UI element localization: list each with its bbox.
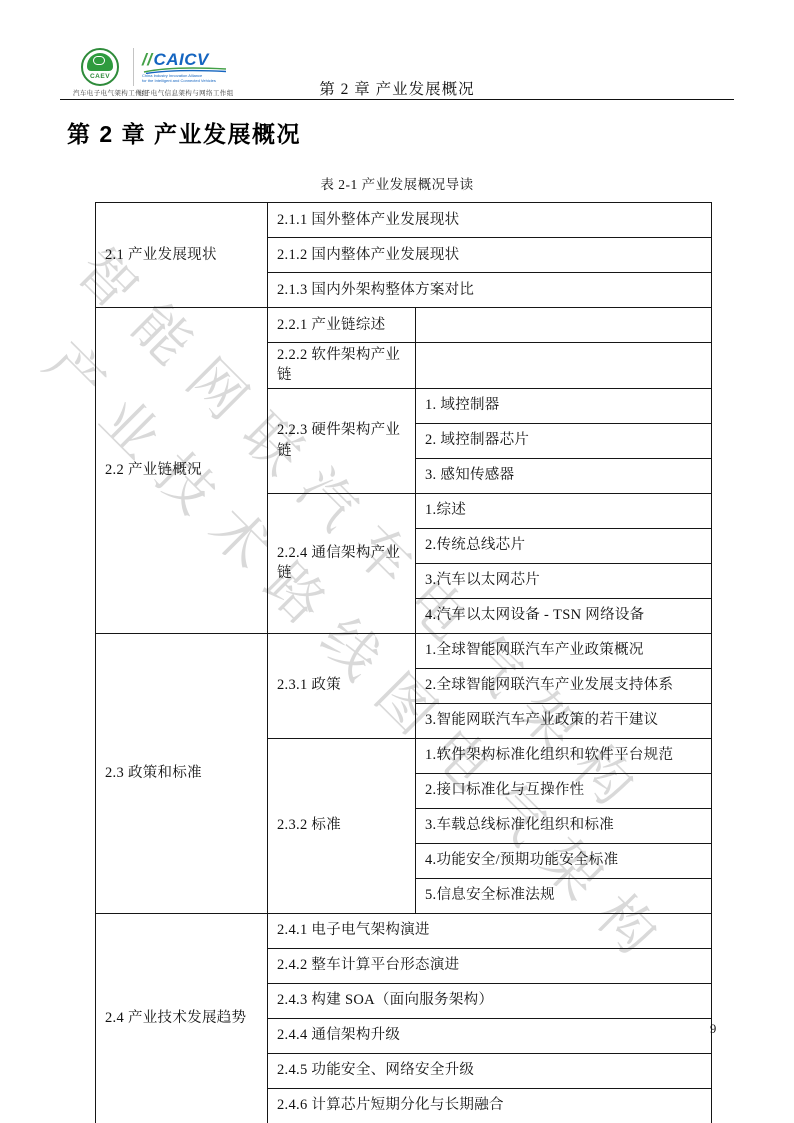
item-cell: 1.综述 — [416, 493, 712, 528]
item-cell: 5.信息安全标准法规 — [416, 878, 712, 913]
subsection-cell: 2.4.6 计算芯片短期分化与长期融合 — [268, 1088, 712, 1123]
item-cell: 4.汽车以太网设备 - TSN 网络设备 — [416, 598, 712, 633]
subsection-cell: 2.2.1 产业链综述 — [268, 308, 416, 343]
section-title-cell: 2.1 产业发展现状 — [96, 203, 268, 308]
section-title-cell: 2.3 政策和标准 — [96, 633, 268, 913]
caicv-slashes: // — [142, 50, 152, 69]
page-number: 9 — [710, 1022, 716, 1037]
subsection-cell: 2.1.1 国外整体产业发展现状 — [268, 203, 712, 238]
table-caption: 表 2-1 产业发展概况导读 — [0, 173, 794, 193]
item-cell: 2.全球智能网联汽车产业发展支持体系 — [416, 668, 712, 703]
subsection-cell: 2.4.5 功能安全、网络安全升级 — [268, 1053, 712, 1088]
item-cell: 4.功能安全/预期功能安全标准 — [416, 843, 712, 878]
item-cell — [416, 308, 712, 343]
running-header-title: 第 2 章 产业发展概况 — [0, 77, 794, 99]
subsection-cell: 2.4.1 电子电气架构演进 — [268, 913, 712, 948]
item-cell: 1. 域控制器 — [416, 388, 712, 423]
item-cell: 3.智能网联汽车产业政策的若干建议 — [416, 703, 712, 738]
document-page: 智能网联汽车电气架构 产业技术路线图电气架构 CAEV //CAICV Chi — [0, 0, 794, 1123]
subsection-cell: 2.3.2 标准 — [268, 738, 416, 913]
subsection-cell: 2.4.2 整车计算平台形态演进 — [268, 948, 712, 983]
toc-table: 2.1 产业发展现状 2.1.1 国外整体产业发展现状 2.1.2 国内整体产业… — [95, 202, 712, 1123]
subsection-cell: 2.2.2 软件架构产业链 — [268, 343, 416, 389]
item-cell: 3. 感知传感器 — [416, 458, 712, 493]
item-cell: 3.汽车以太网芯片 — [416, 563, 712, 598]
table-row: 2.3 政策和标准 2.3.1 政策 1.全球智能网联汽车产业政策概况 — [96, 633, 712, 668]
section-title-cell: 2.2 产业链概况 — [96, 308, 268, 634]
table-row: 2.1 产业发展现状 2.1.1 国外整体产业发展现状 — [96, 203, 712, 238]
item-cell: 2.接口标准化与互操作性 — [416, 773, 712, 808]
item-cell — [416, 343, 712, 389]
subsection-cell: 2.2.4 通信架构产业链 — [268, 493, 416, 633]
item-cell: 1.全球智能网联汽车产业政策概况 — [416, 633, 712, 668]
table-row: 2.4 产业技术发展趋势 2.4.1 电子电气架构演进 — [96, 913, 712, 948]
subsection-cell: 2.1.2 国内整体产业发展现状 — [268, 238, 712, 273]
plug-icon — [93, 56, 105, 65]
item-cell: 3.车载总线标准化组织和标准 — [416, 808, 712, 843]
subsection-cell: 2.4.4 通信架构升级 — [268, 1018, 712, 1053]
table-row: 2.2 产业链概况 2.2.1 产业链综述 — [96, 308, 712, 343]
item-cell: 2.传统总线芯片 — [416, 528, 712, 563]
item-cell: 1.软件架构标准化组织和软件平台规范 — [416, 738, 712, 773]
subsection-cell: 2.1.3 国内外架构整体方案对比 — [268, 273, 712, 308]
subsection-cell: 2.2.3 硬件架构产业链 — [268, 388, 416, 493]
section-title-cell: 2.4 产业技术发展趋势 — [96, 913, 268, 1123]
subsection-cell: 2.3.1 政策 — [268, 633, 416, 738]
chapter-title: 第 2 章 产业发展概况 — [67, 116, 301, 149]
subsection-cell: 2.4.3 构建 SOA（面向服务架构） — [268, 983, 712, 1018]
header-rule — [60, 99, 734, 100]
item-cell: 2. 域控制器芯片 — [416, 423, 712, 458]
